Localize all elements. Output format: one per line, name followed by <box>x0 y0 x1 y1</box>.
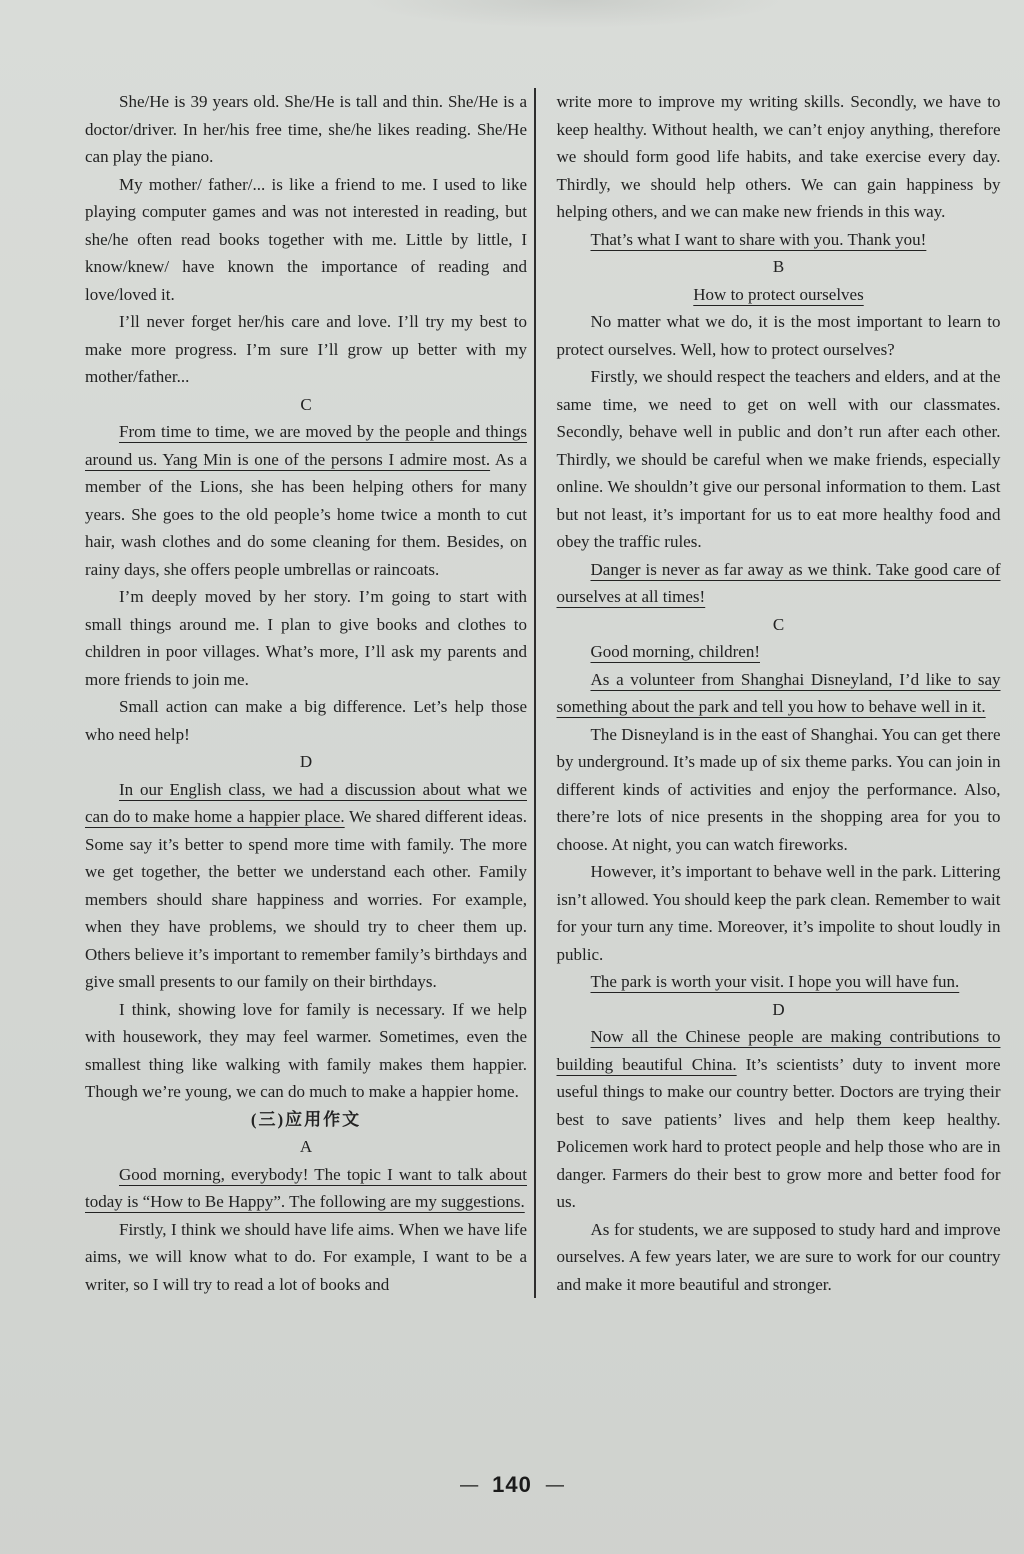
paragraph: I think, showing love for family is nece… <box>85 996 527 1106</box>
underlined-model-sentence: From time to time, we are moved by the p… <box>85 422 527 469</box>
essay-title-text: How to protect ourselves <box>693 285 863 304</box>
paragraph: From time to time, we are moved by the p… <box>85 418 527 583</box>
paragraph: Danger is never as far away as we think.… <box>557 556 1001 611</box>
paragraph: As a volunteer from Shanghai Disneyland,… <box>557 666 1001 721</box>
section-heading-b: B <box>557 253 1001 281</box>
footer-left-dash: — <box>460 1474 478 1494</box>
paragraph: No matter what we do, it is the most imp… <box>557 308 1001 363</box>
paragraph: As for students, we are supposed to stud… <box>557 1216 1001 1299</box>
paragraph-text: Firstly, I think we should have life aim… <box>85 1220 527 1294</box>
paragraph-text: Firstly, we should respect the teachers … <box>557 367 1001 551</box>
right-column: write more to improve my writing skills.… <box>557 88 1001 1298</box>
column-divider <box>534 88 536 1298</box>
paragraph-text: write more to improve my writing skills.… <box>557 92 1001 221</box>
paragraph-text: No matter what we do, it is the most imp… <box>557 312 1001 359</box>
page-footer: —140— <box>0 1472 1024 1498</box>
page-number: 140 <box>492 1472 532 1497</box>
paragraph-text: As for students, we are supposed to stud… <box>557 1220 1001 1294</box>
section-letter: A <box>300 1137 312 1156</box>
paragraph: Small action can make a big difference. … <box>85 693 527 748</box>
paragraph: I’m deeply moved by her story. I’m going… <box>85 583 527 693</box>
section-heading-d: D <box>85 748 527 776</box>
paragraph: She/He is 39 years old. She/He is tall a… <box>85 88 527 171</box>
paragraph-text: I’m deeply moved by her story. I’m going… <box>85 587 527 689</box>
paragraph-text: However, it’s important to behave well i… <box>557 862 1001 964</box>
section-heading-d: D <box>557 996 1001 1024</box>
section-letter: D <box>772 1000 784 1019</box>
chinese-title-text: (三)应用作文 <box>251 1110 361 1129</box>
paragraph: Good morning, everybody! The topic I wan… <box>85 1161 527 1216</box>
underlined-model-sentence: As a volunteer from Shanghai Disneyland,… <box>557 670 1001 717</box>
paragraph-text: I’ll never forget her/his care and love.… <box>85 312 527 386</box>
underlined-model-sentence: Good morning, children! <box>591 642 761 661</box>
paragraph: Firstly, I think we should have life aim… <box>85 1216 527 1299</box>
section-heading-c: C <box>85 391 527 419</box>
underlined-model-sentence: The park is worth your visit. I hope you… <box>591 972 960 991</box>
paragraph: Good morning, children! <box>557 638 1001 666</box>
paragraph-text: Small action can make a big difference. … <box>85 697 527 744</box>
paragraph: In our English class, we had a discussio… <box>85 776 527 996</box>
paragraph: My mother/ father/... is like a friend t… <box>85 171 527 309</box>
paragraph-text: We shared different ideas. Some say it’s… <box>85 807 527 991</box>
paragraph-text: My mother/ father/... is like a friend t… <box>85 175 527 304</box>
paragraph: However, it’s important to behave well i… <box>557 858 1001 968</box>
paragraph-text: The Disneyland is in the east of Shangha… <box>557 725 1001 854</box>
underlined-model-sentence: Danger is never as far away as we think.… <box>557 560 1001 607</box>
underlined-model-sentence: Good morning, everybody! The topic I wan… <box>85 1165 527 1212</box>
left-column: She/He is 39 years old. She/He is tall a… <box>85 88 527 1298</box>
paragraph: The Disneyland is in the east of Shangha… <box>557 721 1001 859</box>
two-column-text-area: She/He is 39 years old. She/He is tall a… <box>85 88 1001 1298</box>
section-letter: C <box>773 615 784 634</box>
section-letter: D <box>300 752 312 771</box>
paragraph-text: It’s scientists’ duty to invent more use… <box>557 1055 1001 1212</box>
section-heading-c: C <box>557 611 1001 639</box>
essay-title: How to protect ourselves <box>557 281 1001 309</box>
paragraph: Now all the Chinese people are making co… <box>557 1023 1001 1216</box>
paragraph: That’s what I want to share with you. Th… <box>557 226 1001 254</box>
section-heading-a: A <box>85 1133 527 1161</box>
paragraph: I’ll never forget her/his care and love.… <box>85 308 527 391</box>
workbook-answer-page: { "page": { "colors": { "paper": "#d7dad… <box>0 0 1024 1554</box>
paragraph-text: I think, showing love for family is nece… <box>85 1000 527 1102</box>
paragraph-continuation: write more to improve my writing skills.… <box>557 88 1001 226</box>
section-letter: B <box>773 257 784 276</box>
paragraph: The park is worth your visit. I hope you… <box>557 968 1001 996</box>
paragraph-text: She/He is 39 years old. She/He is tall a… <box>85 92 527 166</box>
footer-right-dash: — <box>546 1474 564 1494</box>
paragraph: Firstly, we should respect the teachers … <box>557 363 1001 556</box>
underlined-model-sentence: That’s what I want to share with you. Th… <box>591 230 927 249</box>
chinese-section-title: (三)应用作文 <box>85 1106 527 1134</box>
section-letter: C <box>300 395 311 414</box>
